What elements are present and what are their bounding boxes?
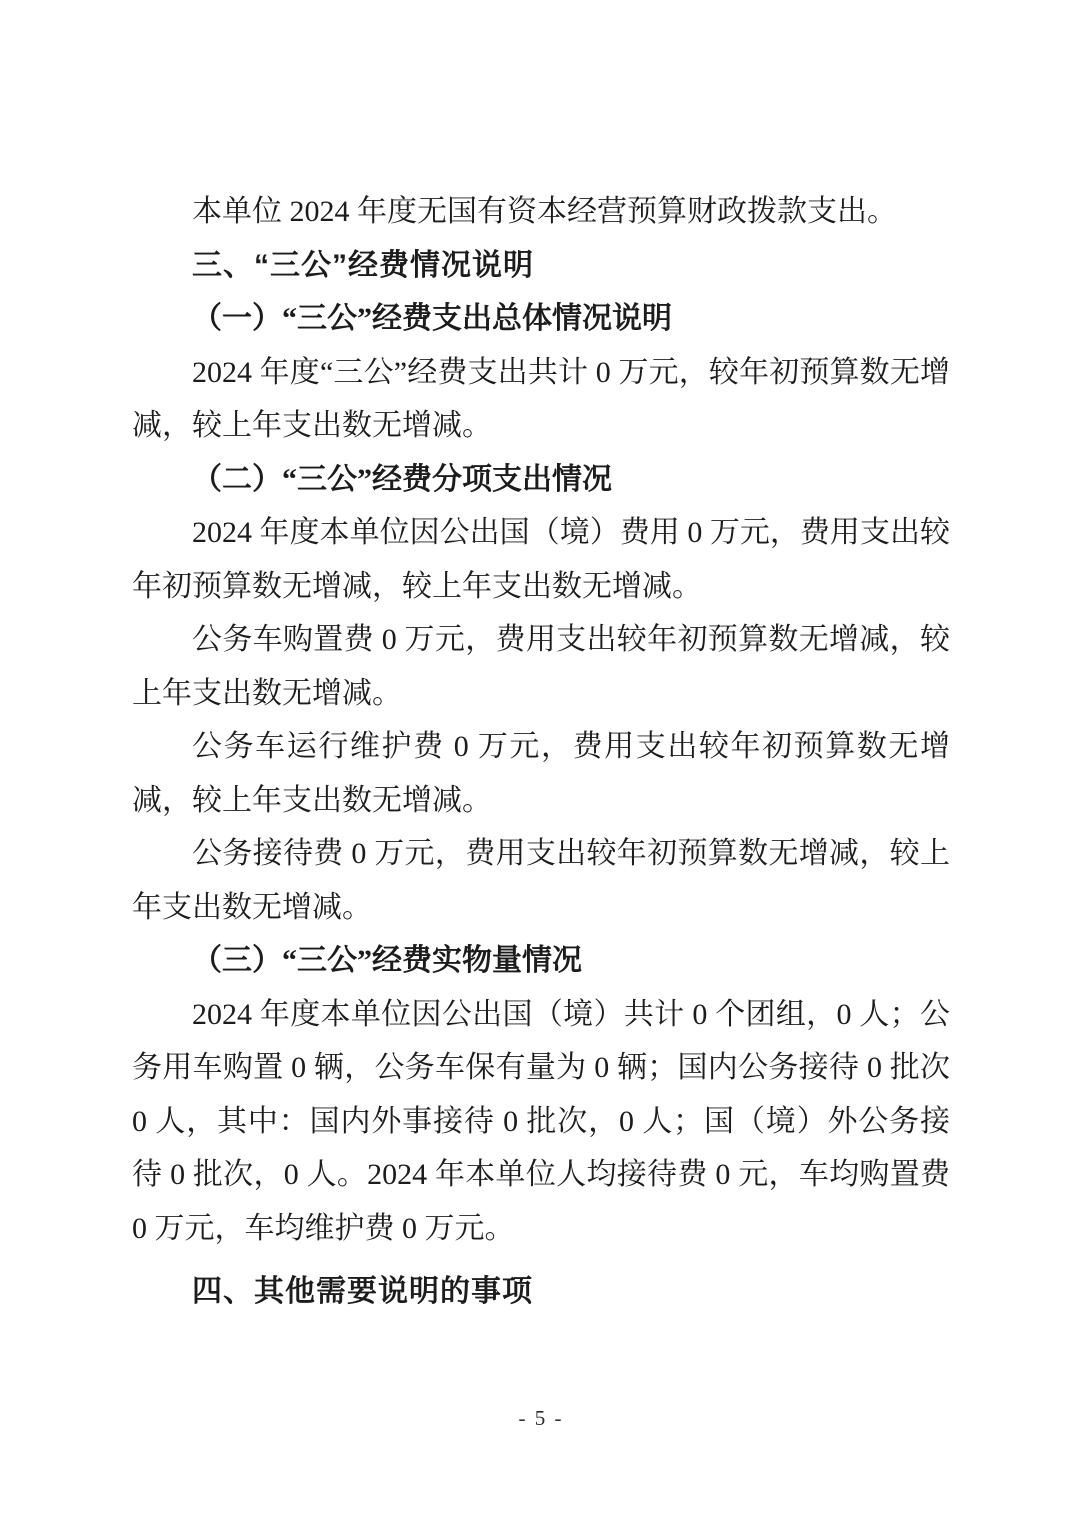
document-body: 本单位 2024 年度无国有资本经营预算财政拨款支出。三、“三公”经费情况说明（… bbox=[132, 185, 950, 1319]
section-heading: 三、“三公”经费情况说明 bbox=[132, 239, 950, 293]
page-number: - 5 - bbox=[132, 1406, 950, 1431]
paragraph: 2024 年度本单位因公出国（境）共计 0 个团组，0 人；公务用车购置 0 辆… bbox=[132, 988, 950, 1256]
paragraph: 公务车购置费 0 万元，费用支出较年初预算数无增减，较上年支出数无增减。 bbox=[132, 613, 950, 720]
paragraph: 2024 年度“三公”经费支出共计 0 万元，较年初预算数无增减，较上年支出数无… bbox=[132, 346, 950, 453]
subsection-heading: （一）“三公”经费支出总体情况说明 bbox=[132, 292, 950, 346]
paragraph: 公务接待费 0 万元，费用支出较年初预算数无增减，较上年支出数无增减。 bbox=[132, 827, 950, 934]
paragraph: 2024 年度本单位因公出国（境）费用 0 万元，费用支出较年初预算数无增减，较… bbox=[132, 506, 950, 613]
subsection-heading: （三）“三公”经费实物量情况 bbox=[132, 934, 950, 988]
paragraph: 本单位 2024 年度无国有资本经营预算财政拨款支出。 bbox=[132, 185, 950, 239]
document-page: 本单位 2024 年度无国有资本经营预算财政拨款支出。三、“三公”经费情况说明（… bbox=[0, 0, 1075, 1520]
subsection-heading: （二）“三公”经费分项支出情况 bbox=[132, 453, 950, 507]
section-heading: 四、其他需要说明的事项 bbox=[132, 1265, 950, 1319]
paragraph: 公务车运行维护费 0 万元，费用支出较年初预算数无增减，较上年支出数无增减。 bbox=[132, 720, 950, 827]
